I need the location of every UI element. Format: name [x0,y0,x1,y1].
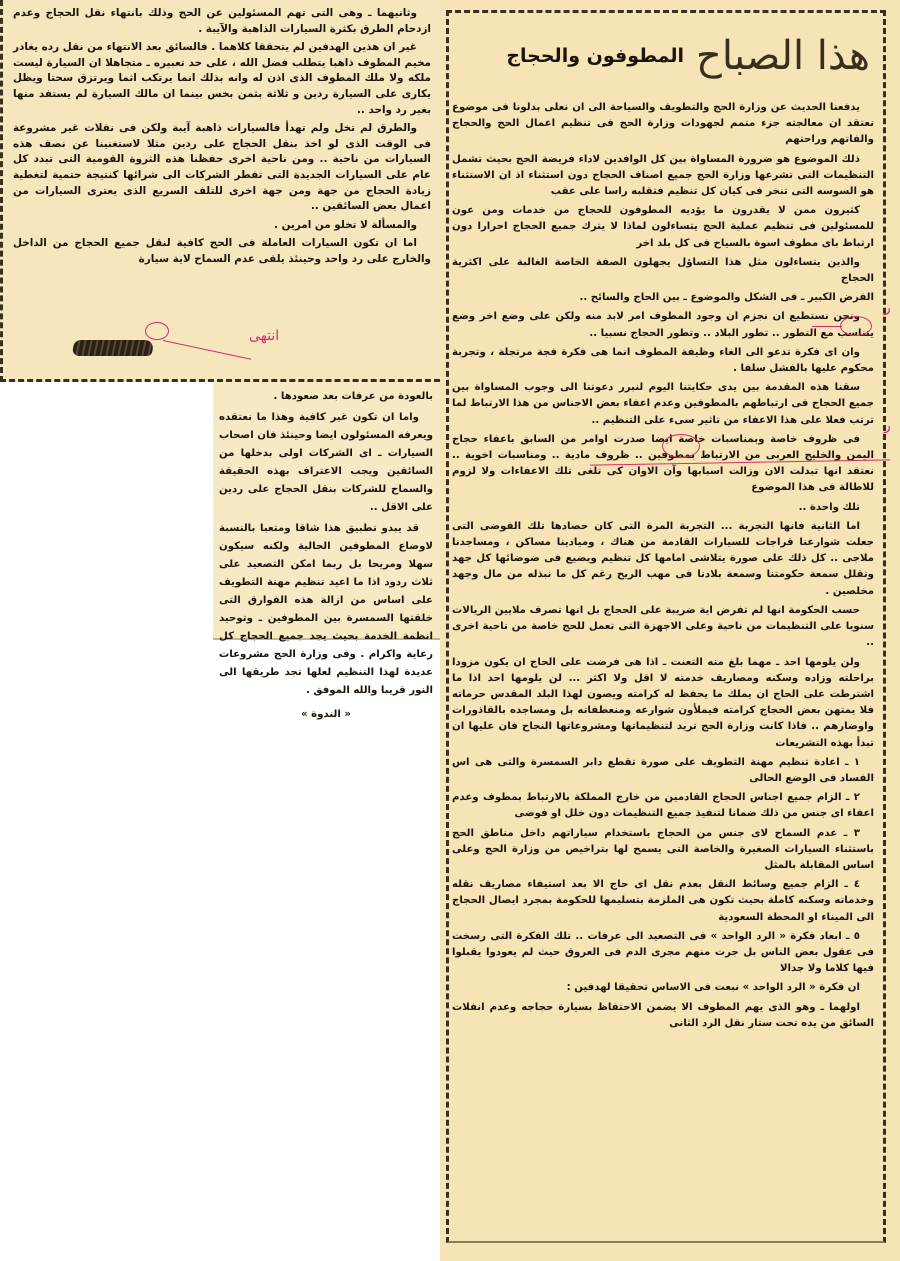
annotation-circle [145,322,169,340]
paragraph: اما الثانية فانها التجربة ... التجربة ال… [452,519,874,600]
paragraph: والطرق لم تخل ولم تهدأ فالسيارات ذاهبة آ… [13,121,431,215]
article-continuation-text: وثانيهما ـ وهى التى تهم المسئولين عن الح… [13,6,431,271]
article-body: يدفعنا الحديث عن وزارة الحج والتطويف وال… [452,100,874,1035]
paragraph: يدفعنا الحديث عن وزارة الحج والتطويف وال… [452,100,874,149]
paragraph: وثانيهما ـ وهى التى تهم المسئولين عن الح… [13,6,431,37]
paragraph: والمسألة لا تخلو من امرين . [13,218,431,234]
column-name: هذا الصباح [696,33,870,79]
paragraph: بالعودة من عرفات بعد صعودها . [219,388,433,406]
list-item: ٤ ـ الزام جميع وسائط النقل بعدم نقل اى ح… [452,877,874,926]
margin-mark: ﺭ [884,418,891,434]
paragraph: واما ان تكون غير كافية وهذا ما نعتقده وي… [219,409,433,517]
annotation-circle [840,316,872,336]
article-title: المطوفون والحجاج [506,45,684,67]
article-header: هذا الصباح المطوفون والحجاج [460,24,870,88]
paragraph: حسب الحكومة انها لم تفرض اية ضريبة على ا… [452,603,874,652]
paragraph: قد يبدو تطبيق هذا شاقا ومتعبا بالنسبة لا… [219,520,433,700]
paragraph: اولهما ـ وهو الذى يهم المطوف الا يضمن ال… [452,1000,874,1032]
annotation-circle [662,434,700,458]
paragraph: الفرض الكبير ـ فى الشكل والموضوع ـ بين ا… [452,290,874,306]
paragraph: اما ان تكون السيارات العاملة فى الحج كاف… [13,236,431,267]
paragraph: تلك واحدة .. [452,500,874,516]
source-signoff: « الندوة » [219,706,433,724]
article-continuation-text: بالعودة من عرفات بعد صعودها . واما ان تك… [219,388,433,727]
paragraph: وان اى فكرة تدعو الى الغاء وظيفة المطوف … [452,345,874,377]
margin-mark: ر [884,300,891,316]
printed-signature [71,340,154,356]
paragraph: غير ان هذين الهدفين لم يتحققا كلاهما . ف… [13,40,431,118]
paragraph: سقنا هذه المقدمة بين يدى حكايتنا اليوم ل… [452,380,874,429]
list-item: ٣ ـ عدم السماح لاى جنس من الحجاج باستخدا… [452,826,874,875]
clipping-middle: بالعودة من عرفات بعد صعودها . واما ان تك… [213,382,441,640]
list-item: ٢ ـ الزام جميع اجناس الحجاج القادمين من … [452,790,874,822]
annotation-line [812,326,842,327]
list-item: ٥ ـ ابعاد فكرة « الرد الواحد » فى التصعي… [452,929,874,978]
paragraph: ونحن نستطيع ان نجزم ان وجود المطوف امر ل… [452,309,874,341]
paragraph: كثيرون ممن لا يقدرون ما يؤديه المطوفون ل… [452,203,874,252]
annotation-line [163,340,251,360]
list-item: ١ ـ اعادة تنظيم مهنة التطويف على صورة تق… [452,755,874,787]
paragraph: والذين يتساءلون مثل هذا التساؤل يجهلون ا… [452,255,874,287]
handwritten-note: انتهى [249,328,279,344]
clipping-main: هذا الصباح المطوفون والحجاج يدفعنا الحدي… [440,0,900,1261]
clipping-top-left: وثانيهما ـ وهى التى تهم المسئولين عن الح… [0,0,440,382]
paragraph: ولن يلومها احد ـ مهما بلغ منه التعنت ـ ا… [452,655,874,752]
paragraph: ذلك الموضوع هو ضرورة المساواة بين كل الو… [452,152,874,201]
paragraph: ان فكرة « الرد الواحد » نبعت فى الاساس ت… [452,980,874,996]
